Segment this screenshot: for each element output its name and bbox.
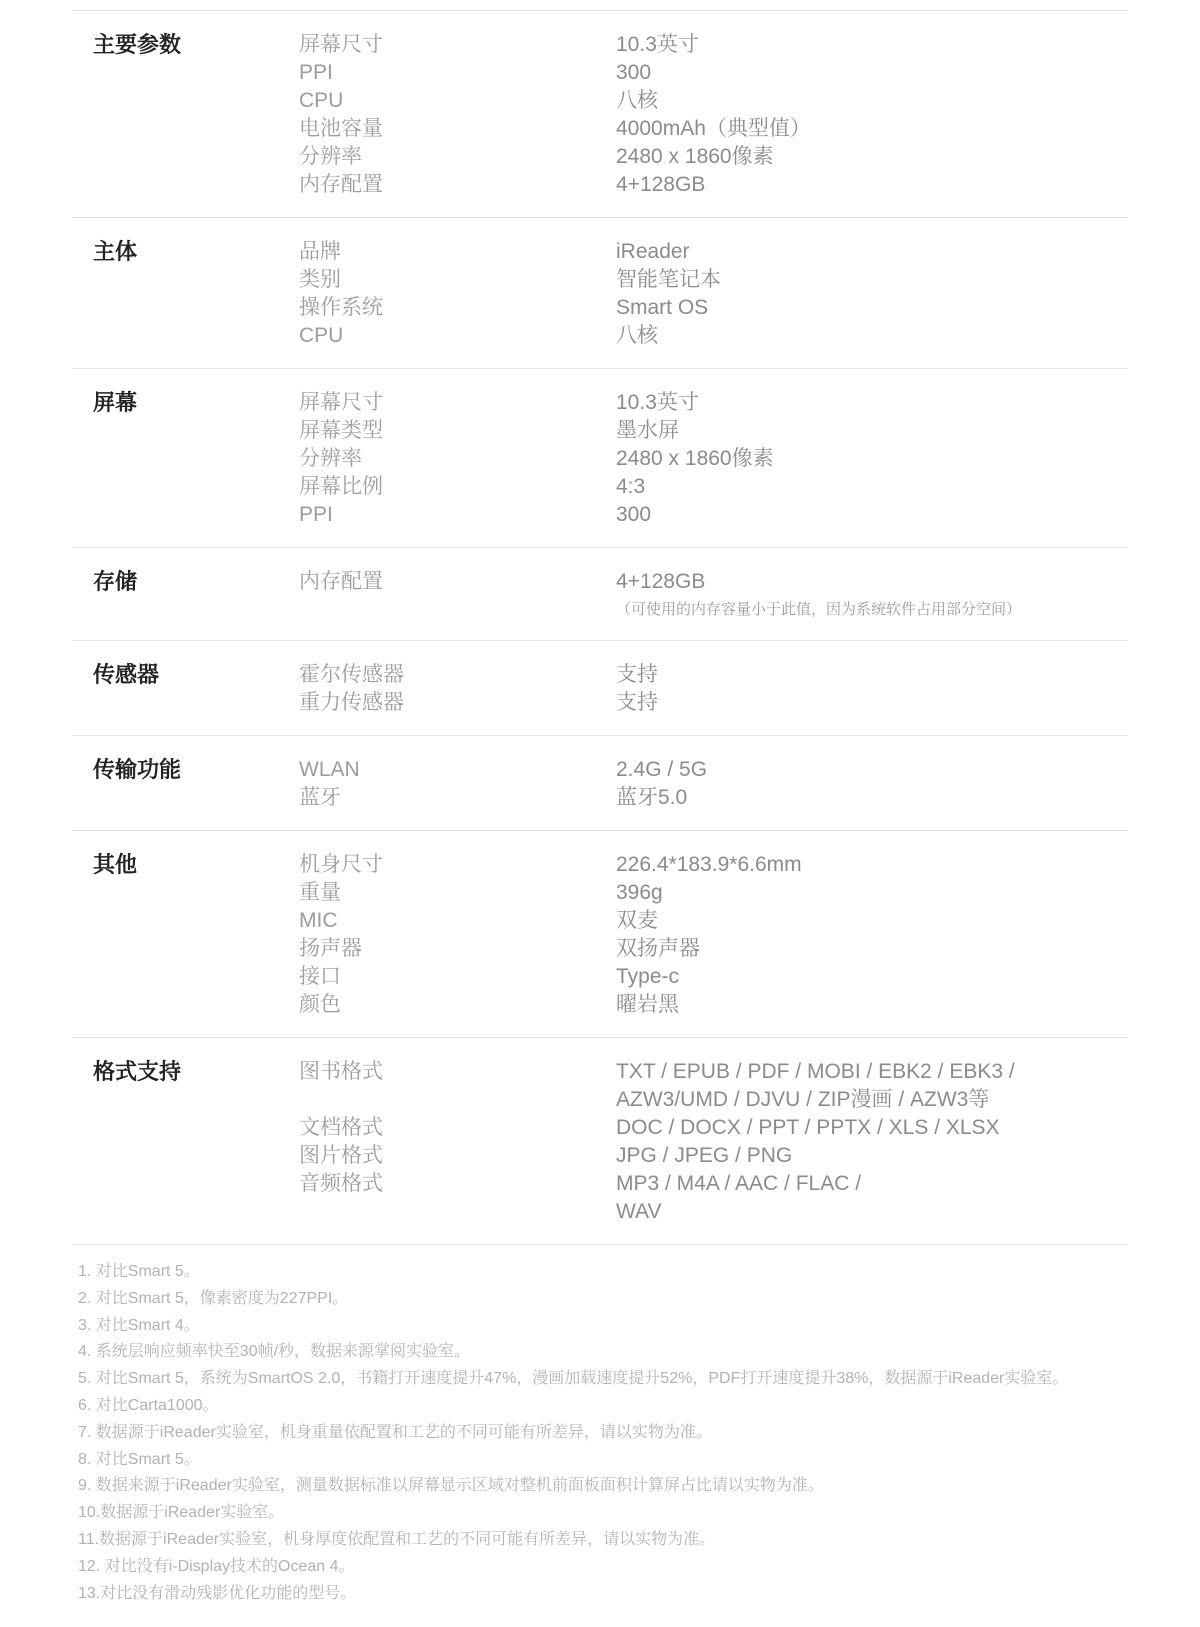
- spec-value: 226.4*183.9*6.6mm: [616, 851, 1128, 879]
- product-spec-page: 主要参数 屏幕尺寸 10.3英寸 PPI 300 CPU 八核 电池容量 400…: [0, 0, 1200, 1627]
- spec-row: 分辨率 2480 x 1860像素: [299, 445, 1128, 473]
- spec-value-wrap: 智能笔记本: [616, 266, 1128, 294]
- spec-value-wrap: 2.4G / 5G: [616, 756, 1128, 784]
- spec-value: 4+128GB: [616, 568, 1128, 596]
- spec-section: 主体 品牌 iReader 类别 智能笔记本 操作系统 Smart OS CPU…: [72, 218, 1128, 369]
- spec-label: 类别: [299, 266, 616, 294]
- spec-section: 传感器 霍尔传感器 支持 重力传感器 支持: [72, 641, 1128, 736]
- spec-label: 霍尔传感器: [299, 661, 616, 689]
- spec-row: 颜色 曜岩黑: [299, 991, 1128, 1019]
- spec-value-wrap: 支持: [616, 661, 1128, 689]
- spec-value-wrap: iReader: [616, 238, 1128, 266]
- spec-row: CPU 八核: [299, 322, 1128, 350]
- section-title: 存储: [72, 568, 299, 622]
- spec-row: 屏幕尺寸 10.3英寸: [299, 31, 1128, 59]
- spec-value: DOC / DOCX / PPT / PPTX / XLS / XLSX: [616, 1114, 1128, 1142]
- spec-value-note: （可使用的内存容量小于此值，因为系统软件占用部分空间）: [616, 598, 1128, 622]
- spec-row: 机身尺寸 226.4*183.9*6.6mm: [299, 851, 1128, 879]
- spec-label: 操作系统: [299, 294, 616, 322]
- spec-value-wrap: 蓝牙5.0: [616, 784, 1128, 812]
- spec-label: 重力传感器: [299, 689, 616, 717]
- spec-value-wrap: 双麦: [616, 907, 1128, 935]
- spec-value: 4+128GB: [616, 171, 1128, 199]
- section-title: 屏幕: [72, 389, 299, 529]
- spec-value: 4:3: [616, 473, 1128, 501]
- spec-label: 蓝牙: [299, 784, 616, 812]
- spec-row: 屏幕比例 4:3: [299, 473, 1128, 501]
- spec-label: MIC: [299, 907, 616, 935]
- spec-row: MIC 双麦: [299, 907, 1128, 935]
- spec-value-wrap: 300: [616, 501, 1128, 529]
- spec-value: 10.3英寸: [616, 389, 1128, 417]
- spec-label: 品牌: [299, 238, 616, 266]
- spec-label: 分辨率: [299, 445, 616, 473]
- spec-value: 八核: [616, 87, 1128, 115]
- footnote-item: 13.对比没有滑动残影优化功能的型号。: [78, 1581, 1128, 1608]
- section-title: 传感器: [72, 661, 299, 717]
- spec-label: 接口: [299, 963, 616, 991]
- spec-label: 重量: [299, 879, 616, 907]
- spec-row: 图书格式 TXT / EPUB / PDF / MOBI / EBK2 / EB…: [299, 1058, 1128, 1114]
- spec-label: 屏幕尺寸: [299, 31, 616, 59]
- footnote-item: 12. 对比没有i-Display技术的Ocean 4。: [78, 1554, 1128, 1581]
- section-rows: 屏幕尺寸 10.3英寸 屏幕类型 墨水屏 分辨率 2480 x 1860像素 屏…: [299, 389, 1128, 529]
- spec-value: TXT / EPUB / PDF / MOBI / EBK2 / EBK3 / …: [616, 1058, 1128, 1114]
- spec-value: 曜岩黑: [616, 991, 1128, 1019]
- spec-value-wrap: 2480 x 1860像素: [616, 143, 1128, 171]
- section-title: 主要参数: [72, 31, 299, 199]
- spec-value-wrap: Smart OS: [616, 294, 1128, 322]
- section-rows: 机身尺寸 226.4*183.9*6.6mm 重量 396g MIC 双麦 扬声…: [299, 851, 1128, 1019]
- spec-label: 颜色: [299, 991, 616, 1019]
- section-title: 格式支持: [72, 1058, 299, 1226]
- spec-row: 重量 396g: [299, 879, 1128, 907]
- spec-section: 主要参数 屏幕尺寸 10.3英寸 PPI 300 CPU 八核 电池容量 400…: [72, 11, 1128, 218]
- spec-row: CPU 八核: [299, 87, 1128, 115]
- spec-value-wrap: 2480 x 1860像素: [616, 445, 1128, 473]
- spec-row: 屏幕尺寸 10.3英寸: [299, 389, 1128, 417]
- section-rows: 内存配置 4+128GB （可使用的内存容量小于此值，因为系统软件占用部分空间）: [299, 568, 1128, 622]
- spec-value: 双扬声器: [616, 935, 1128, 963]
- spec-row: 扬声器 双扬声器: [299, 935, 1128, 963]
- section-rows: 品牌 iReader 类别 智能笔记本 操作系统 Smart OS CPU 八核: [299, 238, 1128, 350]
- spec-section: 存储 内存配置 4+128GB （可使用的内存容量小于此值，因为系统软件占用部分…: [72, 548, 1128, 641]
- footnote-item: 3. 对比Smart 4。: [78, 1313, 1128, 1340]
- spec-row: 内存配置 4+128GB: [299, 171, 1128, 199]
- section-rows: 霍尔传感器 支持 重力传感器 支持: [299, 661, 1128, 717]
- spec-label: 音频格式: [299, 1170, 616, 1198]
- spec-label: 扬声器: [299, 935, 616, 963]
- spec-value: JPG / JPEG / PNG: [616, 1142, 1128, 1170]
- spec-value: 墨水屏: [616, 417, 1128, 445]
- spec-value-wrap: 226.4*183.9*6.6mm: [616, 851, 1128, 879]
- spec-value: 2480 x 1860像素: [616, 445, 1128, 473]
- spec-label: 文档格式: [299, 1114, 616, 1142]
- spec-label: 电池容量: [299, 115, 616, 143]
- section-title: 其他: [72, 851, 299, 1019]
- spec-section: 传输功能 WLAN 2.4G / 5G 蓝牙 蓝牙5.0: [72, 736, 1128, 831]
- spec-section: 其他 机身尺寸 226.4*183.9*6.6mm 重量 396g MIC 双麦…: [72, 831, 1128, 1038]
- spec-value: Smart OS: [616, 294, 1128, 322]
- spec-label: 内存配置: [299, 568, 616, 596]
- spec-row: PPI 300: [299, 59, 1128, 87]
- spec-value: 支持: [616, 689, 1128, 717]
- spec-row: PPI 300: [299, 501, 1128, 529]
- spec-section: 屏幕 屏幕尺寸 10.3英寸 屏幕类型 墨水屏 分辨率 2480 x 1860像…: [72, 369, 1128, 548]
- spec-row: 电池容量 4000mAh（典型值）: [299, 115, 1128, 143]
- spec-label: 分辨率: [299, 143, 616, 171]
- spec-value-wrap: 10.3英寸: [616, 31, 1128, 59]
- spec-value: 双麦: [616, 907, 1128, 935]
- spec-row: 图片格式 JPG / JPEG / PNG: [299, 1142, 1128, 1170]
- spec-value-wrap: TXT / EPUB / PDF / MOBI / EBK2 / EBK3 / …: [616, 1058, 1128, 1114]
- spec-row: 品牌 iReader: [299, 238, 1128, 266]
- spec-label: 机身尺寸: [299, 851, 616, 879]
- spec-label: 屏幕尺寸: [299, 389, 616, 417]
- spec-value-wrap: Type-c: [616, 963, 1128, 991]
- spec-value: 2.4G / 5G: [616, 756, 1128, 784]
- spec-label: 图片格式: [299, 1142, 616, 1170]
- spec-row: 霍尔传感器 支持: [299, 661, 1128, 689]
- footnote-item: 8. 对比Smart 5。: [78, 1447, 1128, 1474]
- spec-row: 内存配置 4+128GB （可使用的内存容量小于此值，因为系统软件占用部分空间）: [299, 568, 1128, 622]
- spec-row: 屏幕类型 墨水屏: [299, 417, 1128, 445]
- spec-value-wrap: 八核: [616, 322, 1128, 350]
- spec-value: 智能笔记本: [616, 266, 1128, 294]
- spec-value: 2480 x 1860像素: [616, 143, 1128, 171]
- spec-label: 屏幕比例: [299, 473, 616, 501]
- spec-value: 10.3英寸: [616, 31, 1128, 59]
- footnote-item: 11.数据源于iReader实验室，机身厚度依配置和工艺的不同可能有所差异，请以…: [78, 1527, 1128, 1554]
- spec-value-wrap: 4:3: [616, 473, 1128, 501]
- spec-value: 4000mAh（典型值）: [616, 115, 1128, 143]
- spec-row: 操作系统 Smart OS: [299, 294, 1128, 322]
- spec-value-wrap: DOC / DOCX / PPT / PPTX / XLS / XLSX: [616, 1114, 1128, 1142]
- spec-value-wrap: 八核: [616, 87, 1128, 115]
- spec-value: 396g: [616, 879, 1128, 907]
- footnote-item: 6. 对比Carta1000。: [78, 1393, 1128, 1420]
- spec-label: 内存配置: [299, 171, 616, 199]
- spec-row: 分辨率 2480 x 1860像素: [299, 143, 1128, 171]
- spec-section: 格式支持 图书格式 TXT / EPUB / PDF / MOBI / EBK2…: [72, 1038, 1128, 1245]
- section-title: 主体: [72, 238, 299, 350]
- spec-value: 支持: [616, 661, 1128, 689]
- spec-label: WLAN: [299, 756, 616, 784]
- section-title: 传输功能: [72, 756, 299, 812]
- section-rows: WLAN 2.4G / 5G 蓝牙 蓝牙5.0: [299, 756, 1128, 812]
- spec-value-wrap: 4+128GB: [616, 171, 1128, 199]
- section-rows: 屏幕尺寸 10.3英寸 PPI 300 CPU 八核 电池容量 4000mAh（…: [299, 31, 1128, 199]
- spec-label: PPI: [299, 59, 616, 87]
- spec-row: 类别 智能笔记本: [299, 266, 1128, 294]
- section-rows: 图书格式 TXT / EPUB / PDF / MOBI / EBK2 / EB…: [299, 1058, 1128, 1226]
- footnote-item: 2. 对比Smart 5，像素密度为227PPI。: [78, 1286, 1128, 1313]
- spec-value-wrap: 4+128GB （可使用的内存容量小于此值，因为系统软件占用部分空间）: [616, 568, 1128, 622]
- spec-value-wrap: 300: [616, 59, 1128, 87]
- spec-row: 文档格式 DOC / DOCX / PPT / PPTX / XLS / XLS…: [299, 1114, 1128, 1142]
- spec-value-wrap: MP3 / M4A / AAC / FLAC / WAV: [616, 1170, 1128, 1226]
- spec-row: WLAN 2.4G / 5G: [299, 756, 1128, 784]
- spec-value-wrap: 396g: [616, 879, 1128, 907]
- spec-value-wrap: 曜岩黑: [616, 991, 1128, 1019]
- spec-row: 重力传感器 支持: [299, 689, 1128, 717]
- footnote-item: 1. 对比Smart 5。: [78, 1259, 1128, 1286]
- spec-row: 蓝牙 蓝牙5.0: [299, 784, 1128, 812]
- spec-row: 音频格式 MP3 / M4A / AAC / FLAC / WAV: [299, 1170, 1128, 1226]
- spec-value: Type-c: [616, 963, 1128, 991]
- spec-value-wrap: JPG / JPEG / PNG: [616, 1142, 1128, 1170]
- spec-table: 主要参数 屏幕尺寸 10.3英寸 PPI 300 CPU 八核 电池容量 400…: [72, 10, 1128, 1245]
- spec-value: MP3 / M4A / AAC / FLAC / WAV: [616, 1170, 1128, 1226]
- spec-label: 屏幕类型: [299, 417, 616, 445]
- spec-label: CPU: [299, 322, 616, 350]
- spec-value: 300: [616, 501, 1128, 529]
- footnote-item: 10.数据源于iReader实验室。: [78, 1500, 1128, 1527]
- spec-value-wrap: 4000mAh（典型值）: [616, 115, 1128, 143]
- footnote-item: 5. 对比Smart 5，系统为SmartOS 2.0，书籍打开速度提升47%，…: [78, 1366, 1128, 1393]
- spec-value-wrap: 支持: [616, 689, 1128, 717]
- spec-value: 八核: [616, 322, 1128, 350]
- spec-label: CPU: [299, 87, 616, 115]
- footnote-item: 4. 系统层响应频率快至30帧/秒，数据来源掌阅实验室。: [78, 1339, 1128, 1366]
- spec-label: 图书格式: [299, 1058, 616, 1086]
- spec-value-wrap: 墨水屏: [616, 417, 1128, 445]
- spec-row: 接口 Type-c: [299, 963, 1128, 991]
- spec-value: iReader: [616, 238, 1128, 266]
- footnote-item: 9. 数据来源于iReader实验室，测量数据标准以屏幕显示区域对整机前面板面积…: [78, 1473, 1128, 1500]
- footnotes: 1. 对比Smart 5。2. 对比Smart 5，像素密度为227PPI。3.…: [72, 1245, 1128, 1607]
- spec-label: PPI: [299, 501, 616, 529]
- spec-value-wrap: 10.3英寸: [616, 389, 1128, 417]
- spec-value: 300: [616, 59, 1128, 87]
- spec-value: 蓝牙5.0: [616, 784, 1128, 812]
- spec-value-wrap: 双扬声器: [616, 935, 1128, 963]
- footnote-item: 7. 数据源于iReader实验室，机身重量依配置和工艺的不同可能有所差异，请以…: [78, 1420, 1128, 1447]
